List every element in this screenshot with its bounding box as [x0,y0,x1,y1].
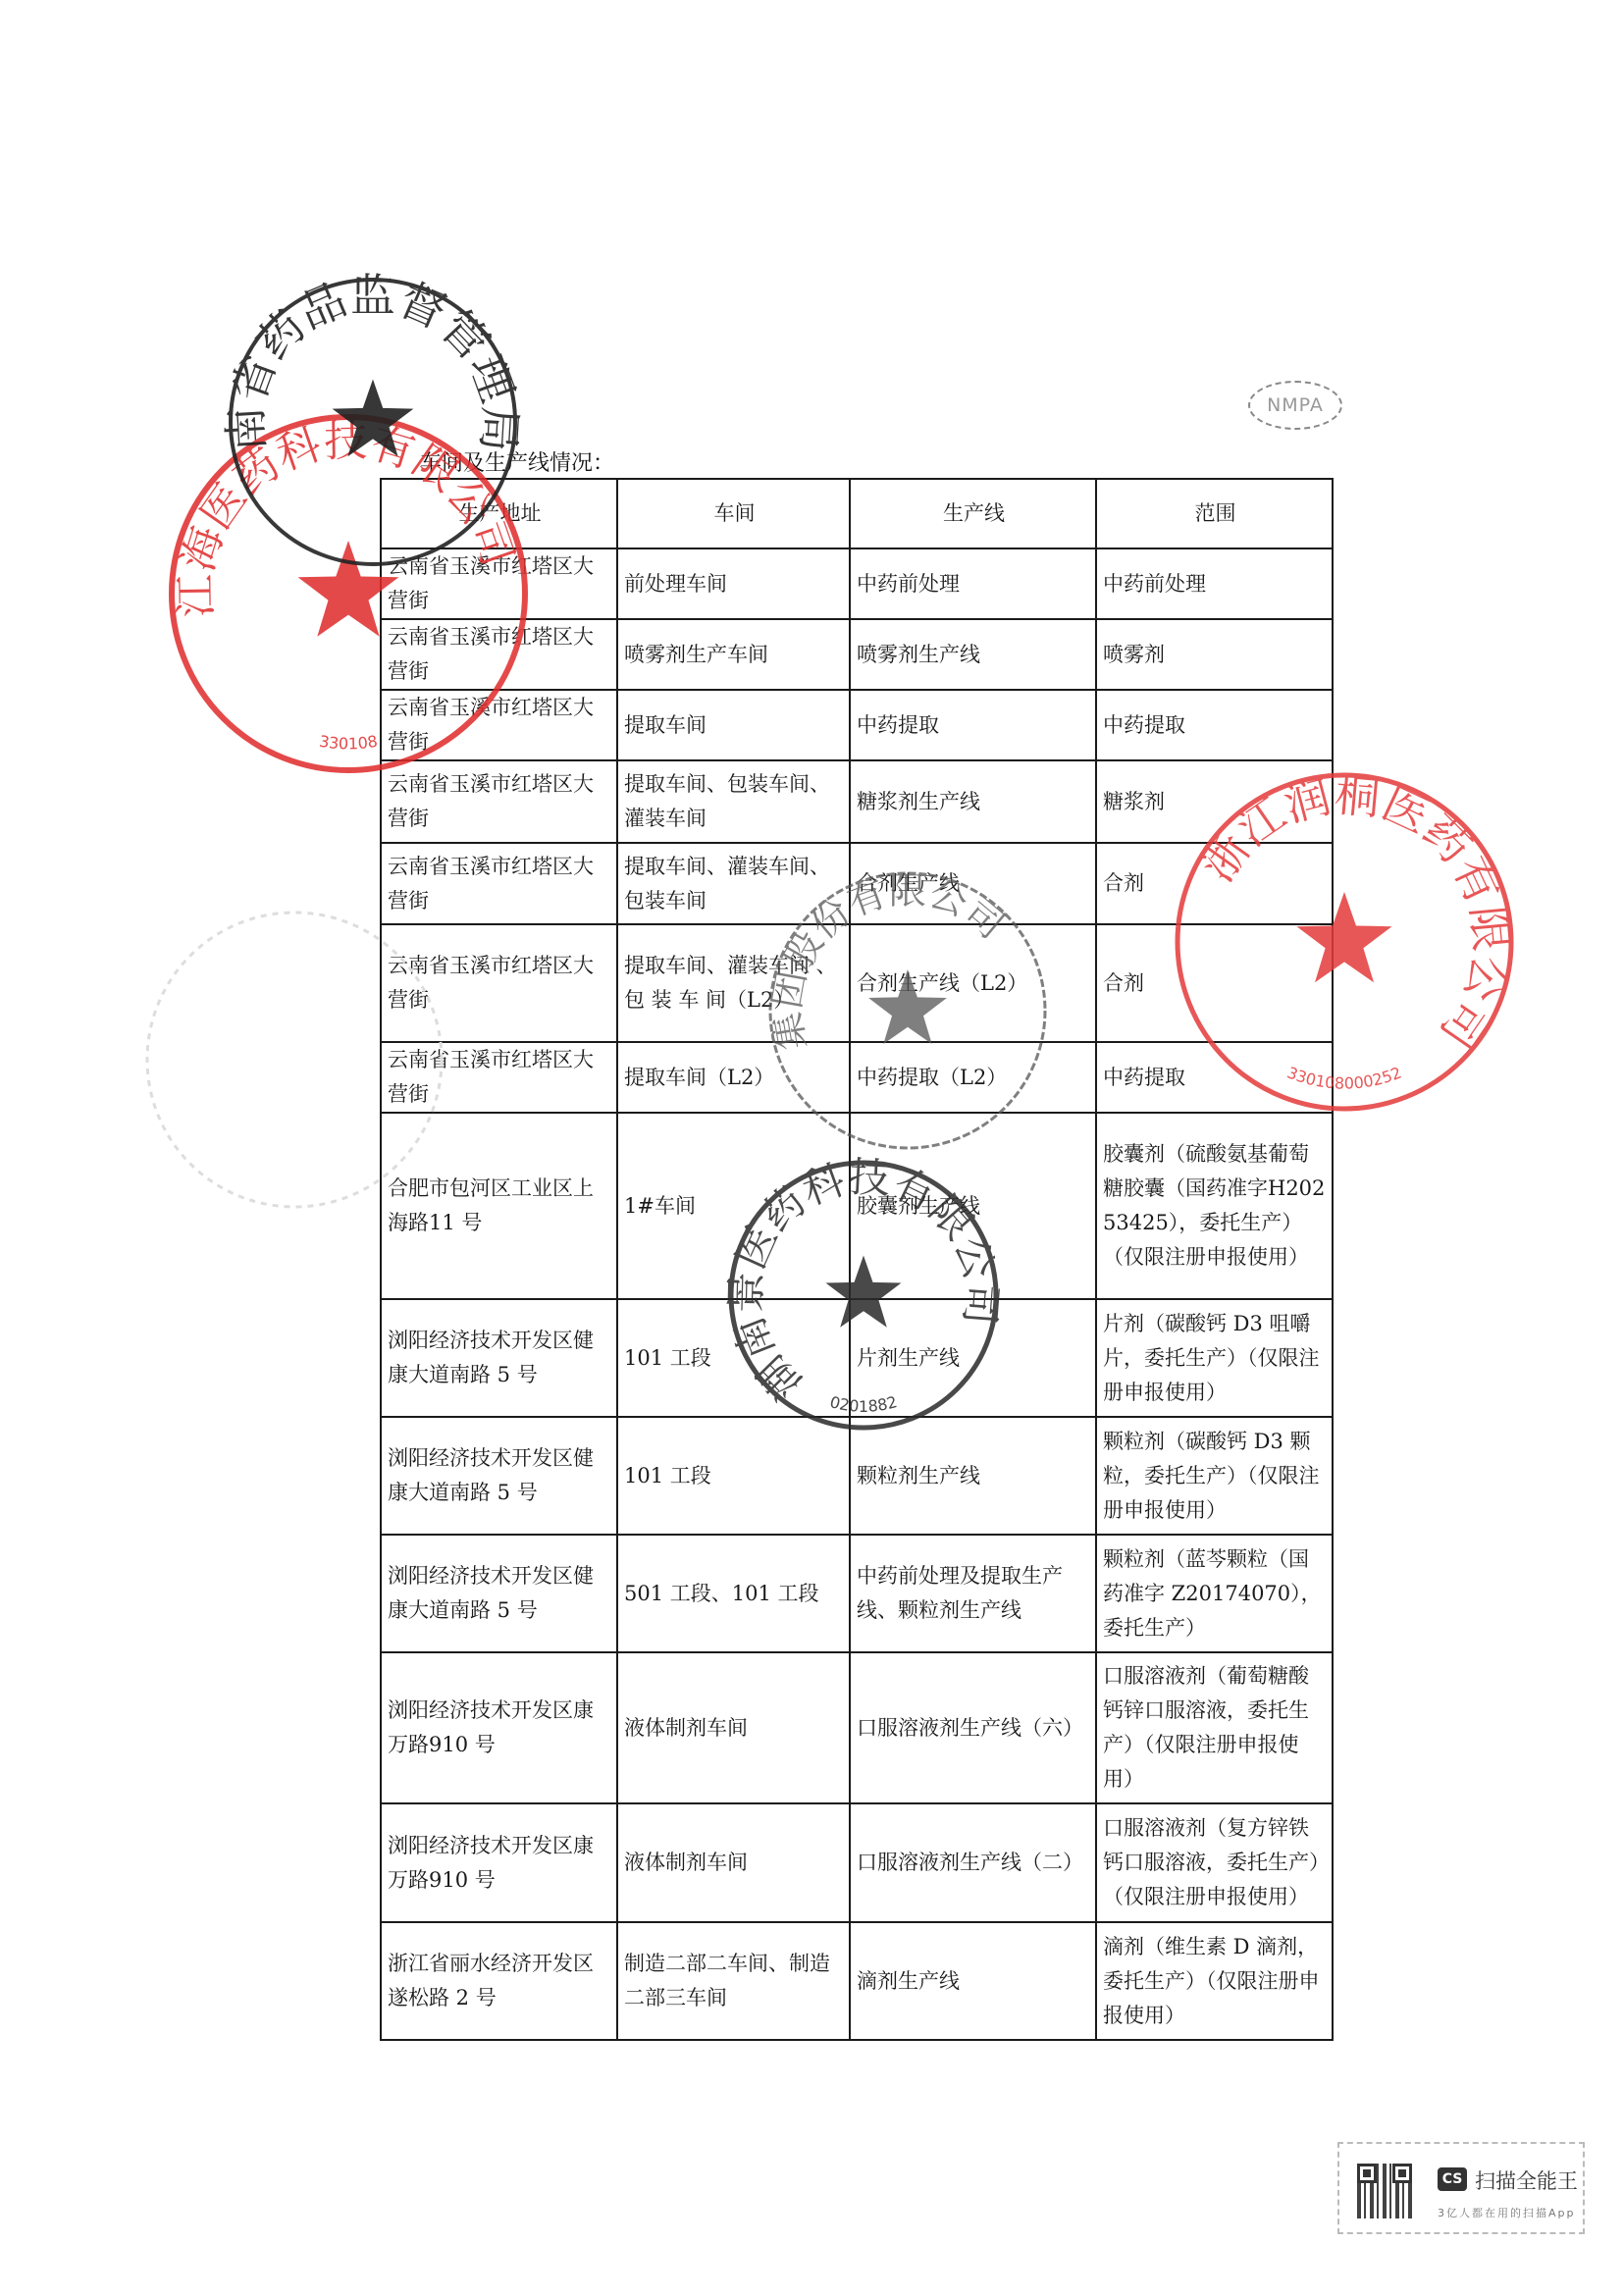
workshop-cell: 制造二部二车间、制造二部三车间 [617,1922,850,2040]
header-scope: 范围 [1096,479,1333,548]
section-title: 车间及生产线情况： [420,446,614,477]
address-cell: 云南省玉溪市红塔区大营街 [381,924,617,1042]
scope-cell: 合剂 [1096,924,1333,1042]
header-workshop: 车间 [617,479,850,548]
header-line: 生产线 [850,479,1096,548]
line-cell: 颗粒剂生产线 [850,1417,1096,1535]
address-cell: 合肥市包河区工业区上海路11 号 [381,1113,617,1299]
line-cell: 中药前处理 [850,548,1096,619]
table-row: 云南省玉溪市红塔区大营街提取车间、灌装车间 、包 装 车 间（L2）合剂生产线（… [381,924,1333,1042]
table-row: 云南省玉溪市红塔区大营街提取车间中药提取中药提取 [381,690,1333,760]
line-cell: 滴剂生产线 [850,1922,1096,2040]
workshop-cell: 提取车间、包装车间、灌装车间 [617,760,850,843]
workshop-cell: 液体制剂车间 [617,1803,850,1922]
scope-cell: 中药提取 [1096,690,1333,760]
workshop-cell: 前处理车间 [617,548,850,619]
svg-text:330108: 330108 [318,732,379,754]
table-row: 合肥市包河区工业区上海路11 号1#车间胶囊剂生产线胶囊剂（硫酸氨基葡萄糖胶囊（… [381,1113,1333,1299]
scanner-app-name: 扫描全能王 [1475,2166,1578,2195]
workshop-cell: 101 工段 [617,1299,850,1417]
production-lines-table: 生产地址 车间 生产线 范围 云南省玉溪市红塔区大营街前处理车间中药前处理中药前… [380,478,1334,2041]
address-cell: 云南省玉溪市红塔区大营街 [381,690,617,760]
line-cell: 口服溶液剂生产线（六） [850,1652,1096,1803]
table-row: 云南省玉溪市红塔区大营街提取车间、包装车间、灌装车间糖浆剂生产线糖浆剂 [381,760,1333,843]
line-cell: 糖浆剂生产线 [850,760,1096,843]
scope-cell: 中药前处理 [1096,548,1333,619]
scope-cell: 颗粒剂（蓝芩颗粒（国药准字 Z20174070），委托生产） [1096,1535,1333,1652]
workshop-cell: 提取车间、灌装车间、包装车间 [617,843,850,924]
line-cell: 中药提取（L2） [850,1042,1096,1113]
address-cell: 浏阳经济技术开发区健康大道南路 5 号 [381,1417,617,1535]
table-row: 云南省玉溪市红塔区大营街提取车间、灌装车间、包装车间合剂生产线合剂 [381,843,1333,924]
workshop-cell: 提取车间（L2） [617,1042,850,1113]
table-row: 浙江省丽水经济开发区遂松路 2 号制造二部二车间、制造二部三车间滴剂生产线滴剂（… [381,1922,1333,2040]
scanner-watermark: CS 扫描全能王 3亿人都在用的扫描App [1337,2142,1585,2234]
address-cell: 云南省玉溪市红塔区大营街 [381,619,617,690]
scope-cell: 口服溶液剂（复方锌铁钙口服溶液，委托生产）（仅限注册申报使用） [1096,1803,1333,1922]
table-row: 浏阳经济技术开发区健康大道南路 5 号101 工段片剂生产线片剂（碳酸钙 D3 … [381,1299,1333,1417]
scope-cell: 合剂 [1096,843,1333,924]
table-row: 云南省玉溪市红塔区大营街前处理车间中药前处理中药前处理 [381,548,1333,619]
workshop-cell: 提取车间 [617,690,850,760]
table-row: 浏阳经济技术开发区康万路910 号液体制剂车间口服溶液剂生产线（二）口服溶液剂（… [381,1803,1333,1922]
scope-cell: 颗粒剂（碳酸钙 D3 颗粒，委托生产）（仅限注册申报使用） [1096,1417,1333,1535]
scope-cell: 滴剂（维生素 D 滴剂，委托生产）（仅限注册申报使用） [1096,1922,1333,2040]
line-cell: 中药提取 [850,690,1096,760]
scope-cell: 中药提取 [1096,1042,1333,1113]
qr-code-icon [1357,2164,1412,2218]
line-cell: 合剂生产线 [850,843,1096,924]
cs-logo-icon: CS [1438,2167,1467,2191]
line-cell: 喷雾剂生产线 [850,619,1096,690]
table-row: 浏阳经济技术开发区健康大道南路 5 号501 工段、101 工段中药前处理及提取… [381,1535,1333,1652]
scope-cell: 糖浆剂 [1096,760,1333,843]
svg-text:南省药品监督管理局: 南省药品监督管理局 [219,269,527,453]
workshop-cell: 液体制剂车间 [617,1652,850,1803]
table-row: 云南省玉溪市红塔区大营街喷雾剂生产车间喷雾剂生产线喷雾剂 [381,619,1333,690]
table-row: 浏阳经济技术开发区健康大道南路 5 号101 工段颗粒剂生产线颗粒剂（碳酸钙 D… [381,1417,1333,1535]
scanner-tagline: 3亿人都在用的扫描App [1438,2205,1576,2220]
workshop-cell: 1#车间 [617,1113,850,1299]
workshop-cell: 101 工段 [617,1417,850,1535]
address-cell: 云南省玉溪市红塔区大营街 [381,843,617,924]
address-cell: 浙江省丽水经济开发区遂松路 2 号 [381,1922,617,2040]
document-page: NMPA 车间及生产线情况： 生产地址 车间 生产线 范围 云南省玉溪市红塔区大… [0,0,1623,2296]
address-cell: 云南省玉溪市红塔区大营街 [381,760,617,843]
scope-cell: 胶囊剂（硫酸氨基葡萄糖胶囊（国药准字H20253425），委托生产）（仅限注册申… [1096,1113,1333,1299]
line-cell: 口服溶液剂生产线（二） [850,1803,1096,1922]
scope-cell: 片剂（碳酸钙 D3 咀嚼片，委托生产）（仅限注册申报使用） [1096,1299,1333,1417]
table-header-row: 生产地址 车间 生产线 范围 [381,479,1333,548]
line-cell: 片剂生产线 [850,1299,1096,1417]
address-cell: 浏阳经济技术开发区健康大道南路 5 号 [381,1299,617,1417]
address-cell: 浏阳经济技术开发区康万路910 号 [381,1803,617,1922]
scope-cell: 口服溶液剂（葡萄糖酸钙锌口服溶液，委托生产）（仅限注册申报使用） [1096,1652,1333,1803]
scope-cell: 喷雾剂 [1096,619,1333,690]
workshop-cell: 喷雾剂生产车间 [617,619,850,690]
table-row: 云南省玉溪市红塔区大营街提取车间（L2）中药提取（L2）中药提取 [381,1042,1333,1113]
address-cell: 浏阳经济技术开发区健康大道南路 5 号 [381,1535,617,1652]
line-cell: 合剂生产线（L2） [850,924,1096,1042]
workshop-cell: 501 工段、101 工段 [617,1535,850,1652]
workshop-cell: 提取车间、灌装车间 、包 装 车 间（L2） [617,924,850,1042]
table-row: 浏阳经济技术开发区康万路910 号液体制剂车间口服溶液剂生产线（六）口服溶液剂（… [381,1652,1333,1803]
line-cell: 胶囊剂生产线 [850,1113,1096,1299]
star-icon [333,380,414,457]
address-cell: 浏阳经济技术开发区康万路910 号 [381,1652,617,1803]
line-cell: 中药前处理及提取生产线、颗粒剂生产线 [850,1535,1096,1652]
address-cell: 云南省玉溪市红塔区大营街 [381,548,617,619]
header-address: 生产地址 [381,479,617,548]
nmpa-mark: NMPA [1248,381,1342,430]
address-cell: 云南省玉溪市红塔区大营街 [381,1042,617,1113]
